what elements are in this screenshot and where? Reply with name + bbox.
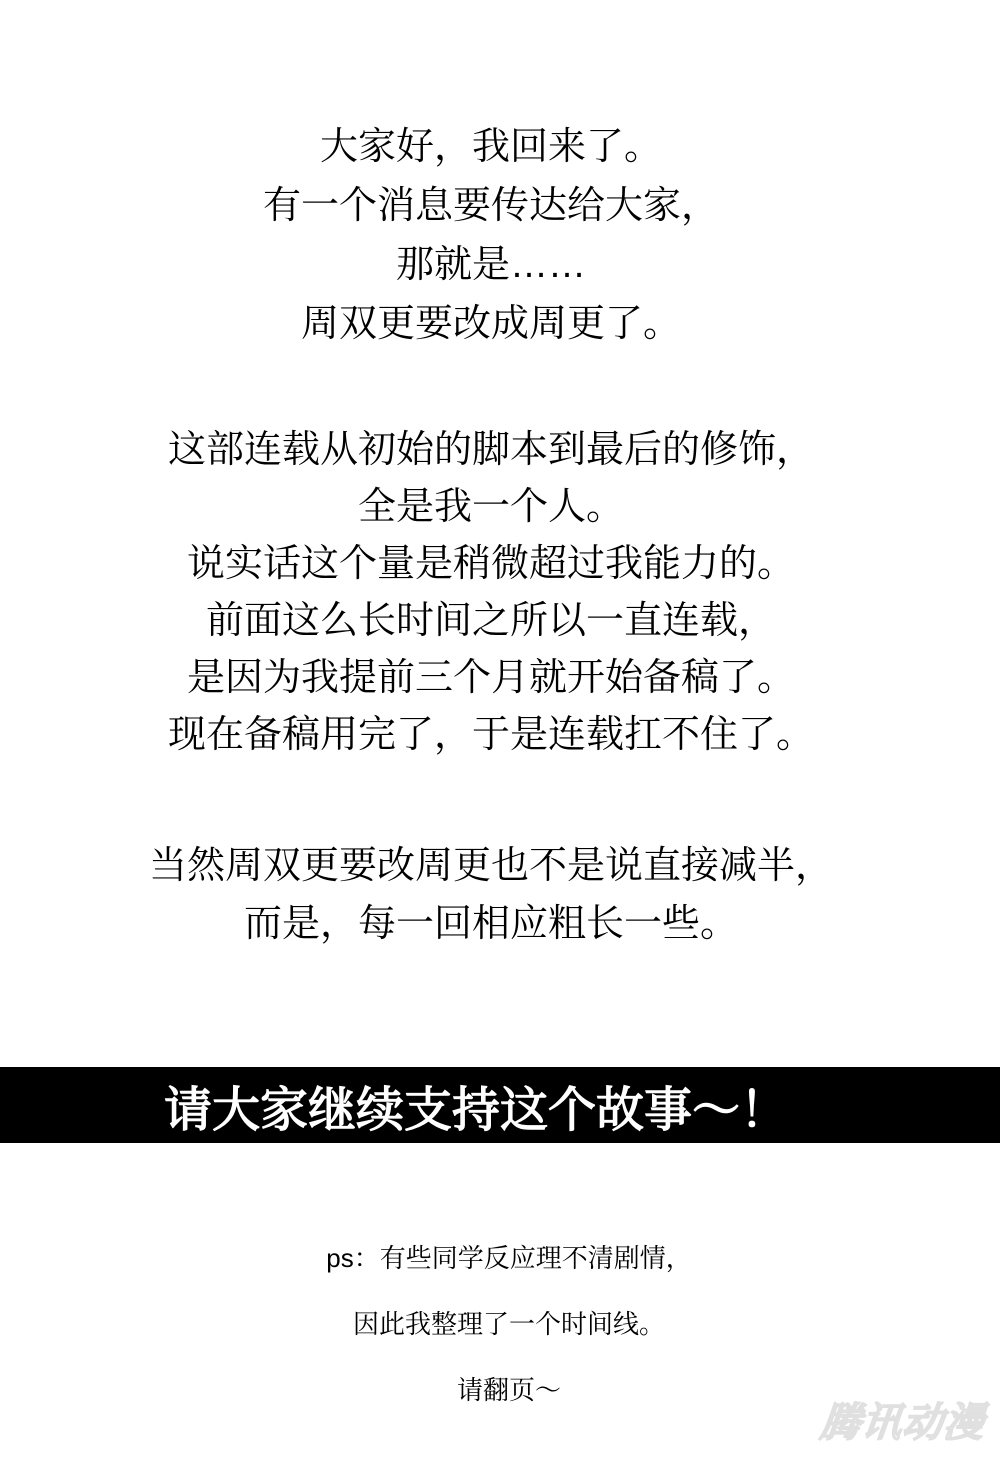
announcement-line: 而是，每一回相应粗长一些。: [0, 895, 991, 953]
announcement-line: 那就是……: [0, 236, 991, 295]
support-banner-text: 请大家继续支持这个故事～！: [164, 1071, 788, 1140]
announcement-line: 说实话这个量是稍微超过我能力的。: [0, 536, 991, 593]
clarification-block: 当然周双更要改周更也不是说直接减半， 而是，每一回相应粗长一些。: [0, 837, 991, 953]
explanation-block: 这部连载从初始的脚本到最后的修饰， 全是我一个人。 说实话这个量是稍微超过我能力…: [0, 422, 991, 764]
announcement-line: 现在备稿用完了，于是连载扛不住了。: [0, 707, 991, 764]
tencent-comics-watermark: 腾讯动漫: [818, 1391, 988, 1448]
announcement-line: 是因为我提前三个月就开始备稿了。: [0, 650, 991, 707]
support-banner: 请大家继续支持这个故事～！: [0, 1067, 1000, 1143]
announcement-line: 有一个消息要传达给大家，: [0, 177, 991, 236]
postscript-line: 因此我整理了一个时间线。: [9, 1291, 1000, 1357]
intro-block: 大家好，我回来了。 有一个消息要传达给大家， 那就是…… 周双更要改成周更了。: [0, 118, 991, 354]
announcement-page: 大家好，我回来了。 有一个消息要传达给大家， 那就是…… 周双更要改成周更了。 …: [0, 0, 1000, 1466]
announcement-line: 这部连载从初始的脚本到最后的修饰，: [0, 422, 991, 479]
announcement-line: 全是我一个人。: [0, 479, 991, 536]
announcement-line: 大家好，我回来了。: [0, 118, 991, 177]
postscript-line: ps：有些同学反应理不清剧情，: [9, 1225, 1000, 1291]
announcement-line: 周双更要改成周更了。: [0, 295, 991, 354]
announcement-line: 当然周双更要改周更也不是说直接减半，: [0, 837, 991, 895]
announcement-line: 前面这么长时间之所以一直连载，: [0, 593, 991, 650]
